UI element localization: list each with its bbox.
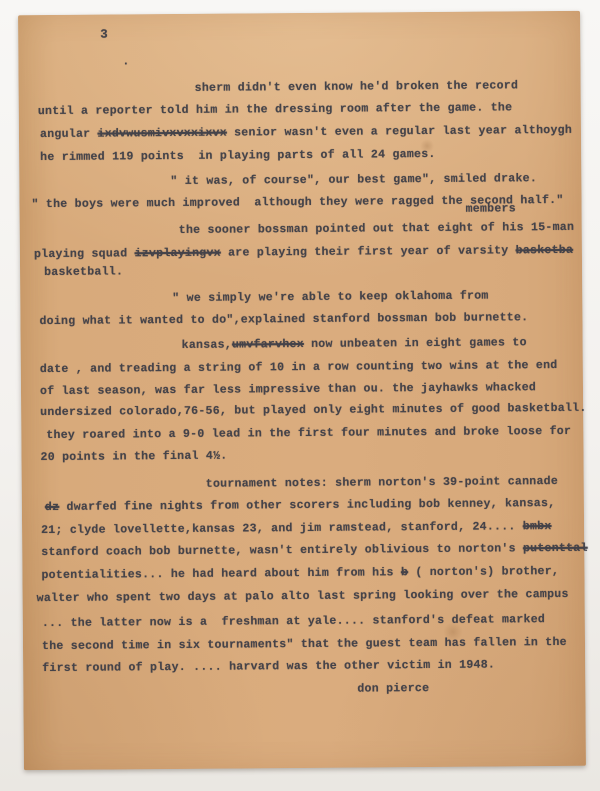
typed-line: potentialities... he had heard about him…	[41, 566, 559, 582]
typed-line: undersized colorado,76-56, but played on…	[40, 403, 586, 419]
typed-run-struck: putenttal	[523, 542, 588, 556]
typed-run: undersized colorado,76-56, but played on…	[40, 402, 586, 419]
typed-run: sherm didn't even know he'd broken the r…	[195, 79, 519, 95]
typed-run: first round of play. .... harvard was th…	[42, 658, 495, 675]
typed-run-struck: bmbx	[523, 520, 552, 533]
typed-run: playing squad	[34, 247, 135, 261]
typed-line: members	[466, 203, 516, 215]
typed-run: the second time in six tournaments" that…	[42, 636, 567, 653]
typed-run: angular	[40, 128, 98, 141]
typed-line: kansas,umvfarvhex now unbeaten in eight …	[182, 337, 527, 352]
typed-run: 20 points in the final 4½.	[40, 450, 227, 464]
typed-line: don pierce	[357, 683, 429, 696]
typed-line: walter who spent two days at palo alto l…	[37, 589, 569, 605]
typed-run: are playing their first year of varsity	[221, 244, 516, 259]
typed-line: doing what it wanted to do",explained st…	[39, 312, 528, 328]
typed-run: basketball.	[44, 265, 123, 279]
typed-run: ( norton's) brother,	[408, 565, 559, 579]
typed-run: 21; clyde lovellette,kansas 23, and jim …	[41, 520, 523, 537]
typed-run: members	[466, 202, 516, 215]
typed-run: of last season, was far less impressive …	[40, 381, 536, 398]
typed-run: " we simply we're able to keep oklahoma …	[172, 290, 488, 305]
typed-run: .	[122, 55, 129, 68]
typed-run: ... the latter now is a freshman at yale…	[42, 613, 545, 630]
typed-run: they roared into a 9-0 lead in the first…	[46, 425, 571, 442]
typed-line: sherm didn't even know he'd broken the r…	[195, 80, 519, 95]
typed-run: the sooner bossman pointed out that eigh…	[179, 221, 575, 237]
typed-run-struck: ixdvwusmivxvxxixvx	[97, 127, 227, 141]
typed-line: they roared into a 9-0 lead in the first…	[46, 426, 571, 442]
typed-run: stanford coach bob burnette, wasn't enti…	[41, 542, 523, 559]
typed-run: until a reporter told him in the dressin…	[38, 101, 513, 118]
typed-line: dz dwarfed fine nights from other scorer…	[45, 498, 556, 514]
typed-run-struck: izvplayingvx	[135, 247, 221, 261]
typed-line: 20 points in the final 4½.	[40, 451, 227, 464]
typed-run: he rimmed 119 points in playing parts of…	[40, 148, 436, 164]
typed-run-struck: b	[401, 566, 408, 579]
typed-line: the sooner bossman pointed out that eigh…	[179, 222, 575, 237]
typed-run: doing what it wanted to do",explained st…	[39, 311, 528, 328]
typed-line: tournament notes: sherm norton's 39-poin…	[206, 476, 558, 491]
typed-run: don pierce	[357, 682, 429, 696]
typed-line: until a reporter told him in the dressin…	[38, 102, 513, 118]
typed-run: dwarfed fine nights from other scorers i…	[59, 497, 555, 514]
typed-run: now unbeaten in eight games to	[304, 336, 527, 351]
page-number: 3	[100, 29, 108, 41]
typed-run-struck: basketba	[516, 244, 574, 257]
typed-line: 21; clyde lovellette,kansas 23, and jim …	[41, 521, 552, 537]
typed-line: angular ixdvwusmivxvxxixvx senior wasn't…	[40, 125, 572, 141]
typed-line: stanford coach bob burnette, wasn't enti…	[41, 543, 587, 559]
document-scan: 3 .sherm didn't even know he'd broken th…	[0, 0, 600, 791]
typed-run-struck: dz	[45, 501, 59, 514]
typed-run: tournament notes: sherm norton's 39-poin…	[206, 475, 558, 491]
typed-run: kansas,	[182, 339, 232, 352]
typed-line: " we simply we're able to keep oklahoma …	[172, 291, 488, 305]
typed-line: basketball.	[44, 266, 123, 279]
typed-line: date , and treading a string of 10 in a …	[40, 360, 558, 376]
typed-text-layer: 3 .sherm didn't even know he'd broken th…	[18, 11, 586, 770]
typed-line: of last season, was far less impressive …	[40, 382, 536, 398]
typed-run: date , and treading a string of 10 in a …	[40, 359, 558, 376]
typed-line: he rimmed 119 points in playing parts of…	[40, 149, 436, 164]
typed-run: walter who spent two days at palo alto l…	[37, 588, 569, 605]
typed-run-struck: umvfarvhex	[232, 338, 304, 352]
typed-run: " it was, of course", our best game", sm…	[170, 172, 537, 188]
typed-line: .	[122, 56, 129, 68]
typed-line: " it was, of course", our best game", sm…	[170, 173, 537, 188]
typed-line: ... the latter now is a freshman at yale…	[42, 614, 545, 630]
typed-line: playing squad izvplayingvx are playing t…	[34, 245, 573, 261]
typed-run: senior wasn't even a regular last year a…	[227, 124, 572, 140]
typed-run: potentialities... he had heard about him…	[41, 566, 401, 582]
paper-sheet: 3 .sherm didn't even know he'd broken th…	[18, 11, 586, 770]
typed-line: the second time in six tournaments" that…	[42, 637, 567, 653]
typed-line: first round of play. .... harvard was th…	[42, 659, 495, 675]
